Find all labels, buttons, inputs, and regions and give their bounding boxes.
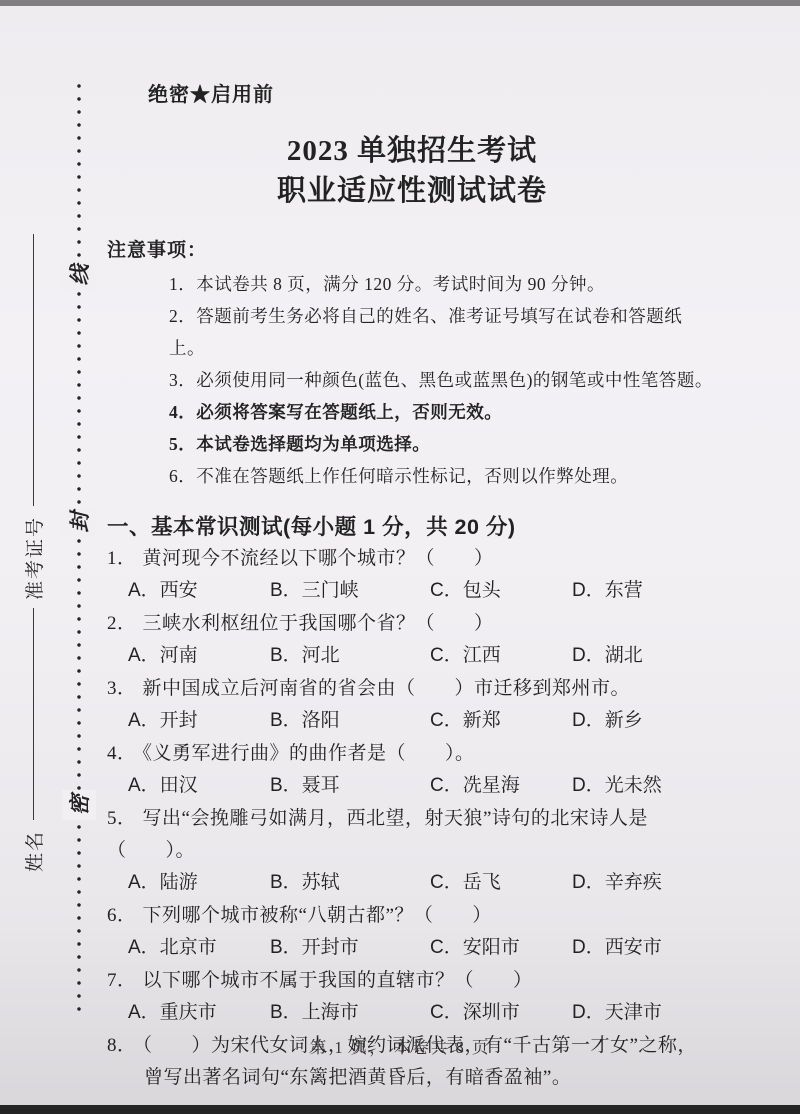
question-1: 1．黄河现今不流经以下哪个城市？（ ） A．西安 B．三门峡 C．包头 D．东营	[107, 543, 717, 606]
question-7: 7．以下哪个城市不属于我国的直辖市？（ ） A．重庆市 B．上海市 C．深圳市 …	[107, 965, 717, 1028]
option-d: D．新乡	[572, 705, 643, 736]
notice-item-4: 4．必须将答案写在答题纸上，否则无效。	[169, 396, 717, 428]
notice-item-2: 2．答题前考生务必将自己的姓名、准考证号填写在试卷和答题纸上。	[169, 300, 717, 364]
option-a: A．陆游	[128, 867, 270, 898]
option-b: B．开封市	[270, 932, 430, 963]
question-3-stem: 新中国成立后河南省的省会由（ ）市迁移到郑州市。	[143, 678, 631, 699]
question-2-number: 2．	[107, 613, 143, 634]
question-5-options: A．陆游 B．苏轼 C．岳飞 D．辛弃疾	[107, 867, 717, 898]
question-4: 4．《义勇军进行曲》的曲作者是（ ）。 A．田汉 B．聂耳 C．冼星海 D．光未…	[107, 738, 717, 801]
question-7-text: 7．以下哪个城市不属于我国的直辖市？（ ）	[107, 965, 717, 997]
question-1-text: 1．黄河现今不流经以下哪个城市？（ ）	[107, 543, 717, 575]
seal-char-feng: 封	[62, 507, 96, 537]
question-6-options: A．北京市 B．开封市 C．安阳市 D．西安市	[107, 932, 717, 963]
question-5: 5．写出“会挽雕弓如满月，西北望，射天狼”诗句的北宋诗人是（ ）。 A．陆游 B…	[107, 803, 717, 898]
option-a: A．重庆市	[128, 997, 270, 1028]
exam-no-label: 准考证号	[20, 516, 47, 600]
option-d: D．天津市	[572, 997, 662, 1028]
option-c: C．冼星海	[430, 770, 572, 801]
option-a: A．田汉	[128, 770, 270, 801]
option-b: B．河北	[270, 640, 430, 671]
option-a: A．开封	[128, 705, 270, 736]
question-5-number: 5．	[107, 808, 143, 829]
option-a: A．北京市	[128, 932, 270, 963]
question-2-options: A．河南 B．河北 C．江西 D．湖北	[107, 640, 717, 671]
question-3-options: A．开封 B．洛阳 C．新郑 D．新乡	[107, 705, 717, 736]
question-7-number: 7．	[107, 970, 143, 991]
question-2-text: 2．三峡水利枢纽位于我国哪个省？（ ）	[107, 608, 717, 640]
notice-item-5: 5．本试卷选择题均为单项选择。	[169, 428, 717, 460]
option-c: C．安阳市	[430, 932, 572, 963]
option-c: C．江西	[430, 640, 572, 671]
question-6-stem: 下列哪个城市被称“八朝古都”？（ ）	[143, 905, 492, 926]
seal-id-column: 姓名准考证号	[12, 162, 54, 872]
question-7-stem: 以下哪个城市不属于我国的直辖市？（ ）	[143, 970, 533, 991]
question-5-text: 5．写出“会挽雕弓如满月，西北望，射天狼”诗句的北宋诗人是（ ）。	[107, 803, 717, 867]
secret-label: 绝密★启用前	[148, 78, 717, 107]
option-d: D．湖北	[572, 640, 643, 671]
notice-item-3: 3．必须使用同一种颜色(蓝色、黑色或蓝黑色)的钢笔或中性笔答题。	[169, 364, 717, 396]
option-d: D．东营	[572, 575, 643, 606]
question-4-options: A．田汉 B．聂耳 C．冼星海 D．光未然	[107, 770, 717, 801]
question-4-number: 4．	[107, 743, 143, 764]
question-1-options: A．西安 B．三门峡 C．包头 D．东营	[107, 575, 717, 606]
section-heading: 一、基本常识测试(每小题 1 分，共 20 分)	[107, 510, 717, 541]
question-3-text: 3．新中国成立后河南省的省会由（ ）市迁移到郑州市。	[107, 673, 717, 705]
option-b: B．上海市	[270, 997, 430, 1028]
scan-edge-bottom	[0, 1105, 800, 1114]
seal-dotted-line	[77, 82, 81, 1012]
name-fill-line	[32, 608, 34, 820]
notice-heading: 注意事项：	[107, 235, 717, 262]
exam-title-line2: 职业适应性测试试卷	[107, 171, 717, 211]
seal-char-mi: 密	[62, 790, 96, 820]
exam-title-line1: 2023 单独招生考试	[107, 131, 717, 171]
option-c: C．包头	[430, 575, 572, 606]
question-6: 6．下列哪个城市被称“八朝古都”？（ ） A．北京市 B．开封市 C．安阳市 D…	[107, 900, 717, 963]
option-b: B．聂耳	[270, 770, 430, 801]
question-1-number: 1．	[107, 548, 143, 569]
option-a: A．河南	[128, 640, 270, 671]
question-3-number: 3．	[107, 678, 143, 699]
option-c: C．岳飞	[430, 867, 572, 898]
exam-page-content: 绝密★启用前 2023 单独招生考试 职业适应性测试试卷 注意事项： 1．本试卷…	[107, 78, 717, 1094]
option-b: B．三门峡	[270, 575, 430, 606]
page-footer: 第 1 页， 本卷共 8 页	[0, 1034, 800, 1058]
question-2-stem: 三峡水利枢纽位于我国哪个省？（ ）	[143, 613, 494, 634]
question-5-stem: 写出“会挽雕弓如满月，西北望，射天狼”诗句的北宋诗人是（ ）。	[107, 808, 648, 861]
question-7-options: A．重庆市 B．上海市 C．深圳市 D．天津市	[107, 997, 717, 1028]
option-c: C．深圳市	[430, 997, 572, 1028]
notice-item-1: 1．本试卷共 8 页，满分 120 分。考试时间为 90 分钟。	[169, 268, 717, 300]
option-d: D．西安市	[572, 932, 662, 963]
question-4-stem: 《义勇军进行曲》的曲作者是（ ）。	[143, 743, 475, 764]
notice-list: 1．本试卷共 8 页，满分 120 分。考试时间为 90 分钟。 2．答题前考生…	[107, 268, 717, 492]
option-d: D．辛弃疾	[572, 867, 662, 898]
option-b: B．苏轼	[270, 867, 430, 898]
option-b: B．洛阳	[270, 705, 430, 736]
question-1-stem: 黄河现今不流经以下哪个城市？（ ）	[143, 548, 494, 569]
option-d: D．光未然	[572, 770, 662, 801]
question-6-number: 6．	[107, 905, 143, 926]
name-label: 姓名	[20, 830, 47, 872]
question-4-text: 4．《义勇军进行曲》的曲作者是（ ）。	[107, 738, 717, 770]
exam-title: 2023 单独招生考试 职业适应性测试试卷	[107, 131, 717, 211]
exam-no-fill-line	[32, 234, 34, 506]
option-c: C．新郑	[430, 705, 572, 736]
option-a: A．西安	[128, 575, 270, 606]
seal-char-xian: 线	[62, 260, 96, 290]
question-2: 2．三峡水利枢纽位于我国哪个省？（ ） A．河南 B．河北 C．江西 D．湖北	[107, 608, 717, 671]
question-3: 3．新中国成立后河南省的省会由（ ）市迁移到郑州市。 A．开封 B．洛阳 C．新…	[107, 673, 717, 736]
question-8-text-line2: 曾写出著名词句“东篱把酒黄昏后，有暗香盈袖”。	[107, 1062, 717, 1094]
notice-item-6: 6．不准在答题纸上作任何暗示性标记，否则以作弊处理。	[169, 460, 717, 492]
scan-edge-top	[0, 0, 800, 6]
question-6-text: 6．下列哪个城市被称“八朝古都”？（ ）	[107, 900, 717, 932]
